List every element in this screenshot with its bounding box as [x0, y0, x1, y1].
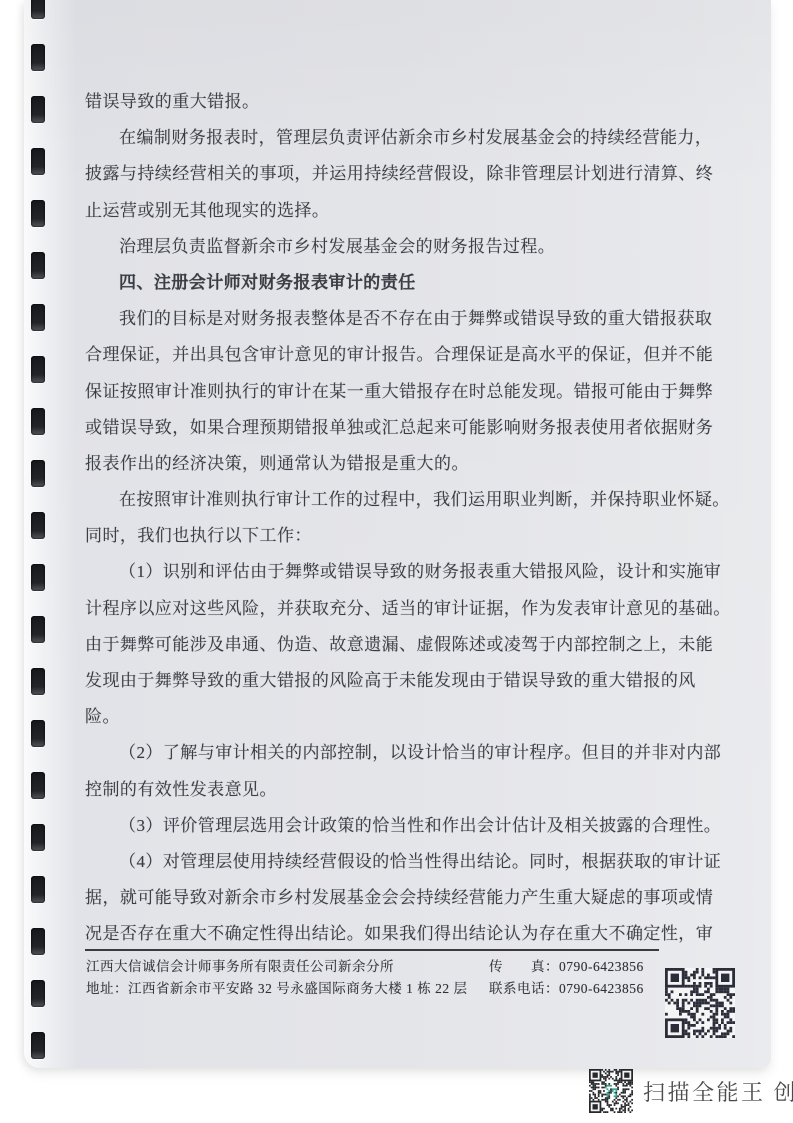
camscanner-watermark: 扫描全能王 创建: [589, 1068, 793, 1114]
binding-hole: [31, 668, 45, 695]
binding-hole: [31, 252, 45, 279]
binding-hole: [31, 824, 45, 851]
text-line: 报表作出的经济决策，则通常认为错报是重大的。: [85, 446, 725, 482]
text-line: 错误导致的重大错报。: [85, 84, 725, 120]
scanned-document-page: 错误导致的重大错报。在编制财务报表时，管理层负责评估新余市乡村发展基金会的持续经…: [0, 0, 793, 1123]
footer-fax: 传 真：0790-6423856: [489, 955, 644, 975]
text-line: 合理保证，并出具包含审计意见的审计报告。合理保证是高水平的保证，但并不能: [85, 337, 725, 373]
binding-hole: [31, 304, 45, 331]
binding-hole: [31, 772, 45, 799]
binding-hole: [31, 148, 45, 175]
binding-hole: [31, 200, 45, 227]
section-heading: 四、注册会计师对财务报表审计的责任: [85, 265, 725, 301]
text-line: 保证按照审计准则执行的审计在某一重大错报存在时总能发现。错报可能由于舞弊: [85, 374, 725, 410]
binding-hole: [31, 96, 45, 123]
footer-divider: [85, 949, 659, 951]
text-line: 治理层负责监督新余市乡村发展基金会的财务报告过程。: [85, 229, 725, 265]
footer-address: 地址：江西省新余市平安路 32 号永盛国际商务大楼 1 栋 22 层: [86, 977, 468, 997]
text-line: 或错误导致，如果合理预期错报单独或汇总起来可能影响财务报表使用者依据财务: [85, 410, 725, 446]
text-line: 由于舞弊可能涉及串通、伪造、故意遗漏、虚假陈述或凌驾于内部控制之上，未能: [85, 627, 725, 663]
text-line: 况是否存在重大不确定性得出结论。如果我们得出结论认为存在重大不确定性，审: [85, 916, 725, 952]
text-line: 我们的目标是对财务报表整体是否不存在由于舞弊或错误导致的重大错报获取: [85, 301, 725, 337]
binding-hole: [31, 460, 45, 487]
binding-hole: [31, 564, 45, 591]
text-line: 计程序以应对这些风险，并获取充分、适当的审计证据，作为发表审计意见的基础。: [85, 591, 725, 627]
footer-qr-code-icon: [665, 968, 735, 1038]
camscanner-logo-icon: [589, 1069, 633, 1113]
footer-phone: 联系电话：0790-6423856: [489, 977, 644, 997]
text-line: 据，就可能导致对新余市乡村发展基金会会持续经营能力产生重大疑虑的事项或情: [85, 880, 725, 916]
text-line: 在编制财务报表时，管理层负责评估新余市乡村发展基金会的持续经营能力，: [85, 120, 725, 156]
text-line: 披露与持续经营相关的事项，并运用持续经营假设，除非管理层计划进行清算、终: [85, 156, 725, 192]
text-line: 险。: [85, 699, 725, 735]
binding-hole: [31, 616, 45, 643]
binding-hole: [31, 720, 45, 747]
text-line: 控制的有效性发表意见。: [85, 772, 725, 808]
binding-hole: [31, 408, 45, 435]
footer-firm-name: 江西大信诚信会计师事务所有限责任公司新余分所: [86, 955, 394, 975]
text-line: 止运营或别无其他现实的选择。: [85, 193, 725, 229]
camscanner-watermark-text: 扫描全能王 创建: [643, 1076, 793, 1107]
binding-hole: [31, 44, 45, 71]
binding-hole: [31, 1032, 45, 1059]
binding-hole: [31, 876, 45, 903]
text-line: （1）识别和评估由于舞弊或错误导致的财务报表重大错报风险，设计和实施审: [85, 554, 725, 590]
text-line: （3）评价管理层选用会计政策的恰当性和作出会计估计及相关披露的合理性。: [85, 808, 725, 844]
document-body-text: 错误导致的重大错报。在编制财务报表时，管理层负责评估新余市乡村发展基金会的持续经…: [85, 84, 725, 953]
binding-hole: [31, 928, 45, 955]
binding-hole: [31, 512, 45, 539]
text-line: 同时，我们也执行以下工作：: [85, 518, 725, 554]
binding-hole: [31, 980, 45, 1007]
binding-hole: [31, 356, 45, 383]
text-line: （4）对管理层使用持续经营假设的恰当性得出结论。同时，根据获取的审计证: [85, 844, 725, 880]
text-line: 在按照审计准则执行审计工作的过程中，我们运用职业判断，并保持职业怀疑。: [85, 482, 725, 518]
text-line: （2）了解与审计相关的内部控制，以设计恰当的审计程序。但目的并非对内部: [85, 735, 725, 771]
binding-hole: [31, 0, 45, 19]
text-line: 发现由于舞弊导致的重大错报的风险高于未能发现由于错误导致的重大错报的风: [85, 663, 725, 699]
